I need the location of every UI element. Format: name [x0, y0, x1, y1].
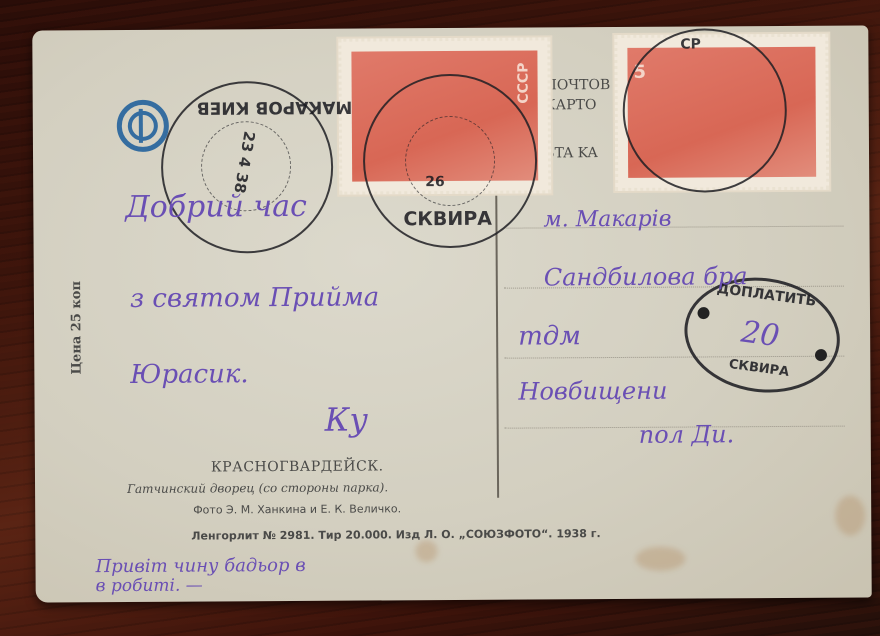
publisher-logo-icon: [117, 100, 169, 152]
postage-due-place: СКВИРА: [728, 357, 790, 380]
message-line-1: Добрий час: [125, 189, 307, 225]
postcard: Цена 25 коп ПОЧТОВ КАРТО STA KA СССР 5 М…: [32, 25, 871, 602]
header-line2: КАРТО: [545, 97, 597, 113]
message-line-3: Юрасик.: [130, 359, 248, 390]
postmark-place: СКВИРА: [403, 208, 492, 231]
caption-title: КРАСНОГВАРДЕЙСК.: [211, 458, 384, 475]
postage-due-amount: 20: [739, 314, 782, 354]
address-line-4: Новбищени: [518, 377, 667, 406]
stamp-country: СССР: [515, 63, 531, 104]
address-line-3: тдм: [518, 321, 581, 351]
message-line-2: з святом Прийма: [130, 282, 380, 314]
postmark-date: 26: [425, 174, 445, 190]
postmark-place: МАКАРОВ КИЕВ: [197, 97, 353, 118]
stain: [415, 540, 437, 562]
photo-credit: Фото Э. М. Ханкина и Е. К. Величко.: [193, 502, 401, 516]
address-line-5: пол Ди.: [639, 420, 735, 449]
footer-line-1: Привіт чину бадьор в: [95, 555, 305, 577]
signature: Ку: [325, 401, 369, 439]
stain: [835, 495, 865, 535]
price-label: Цена 25 коп: [69, 281, 85, 375]
postmark-skvyra: СКВИРА 26: [363, 73, 538, 248]
header-line1: ПОЧТОВ: [545, 77, 611, 93]
caption-subtitle: Гатчинский дворец (со стороны парка).: [127, 480, 388, 496]
address-line-2: Сандбилова бра: [544, 262, 748, 291]
header-line3: STA KA: [545, 145, 598, 161]
postmark-third: СР: [622, 28, 787, 193]
imprint: Ленгорлит № 2981. Тир 20.000. Изд Л. О. …: [191, 527, 600, 543]
postmark-place: СР: [680, 36, 701, 52]
address-line-1: м. Макарів: [543, 207, 671, 233]
footer-line-2: в робиті. —: [96, 576, 203, 597]
stain: [635, 547, 685, 571]
postmark-makarov: МАКАРОВ КИЕВ 23 4 38: [161, 81, 334, 254]
